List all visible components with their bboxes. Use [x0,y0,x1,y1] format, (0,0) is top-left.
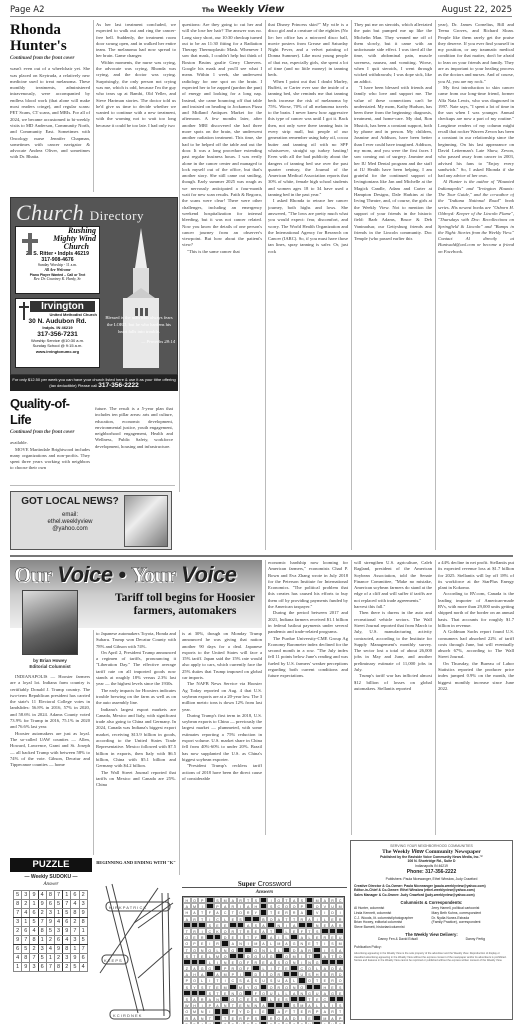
column-divider [93,630,94,855]
rhonda-column-5: They put me on steroids, which alleviate… [354,22,432,550]
sudoku-cell: 7 [79,945,87,954]
rhonda-column-6: year), Dr. James Cornelius, Bill and Tee… [438,22,514,550]
sudoku-cell: 8 [22,954,30,963]
sudoku-cell: 2 [38,909,46,918]
sudoku-cell: 7 [38,918,46,927]
sudoku-cell: 4 [54,918,62,927]
puzzle-answers-banner: PUZZLE ANSWERS [10,858,92,872]
column-divider [265,20,266,550]
sudoku-cell: 1 [22,918,30,927]
sudoku-cell: 4 [14,954,22,963]
sudoku-cell: 9 [38,900,46,909]
sudoku-cell: 4 [30,927,38,936]
sudoku-cell: 6 [22,927,30,936]
sudoku-cell: 2 [46,936,54,945]
sudoku-grid: 5394871628219657437462315893157946282648… [13,890,88,972]
sudoku-cell: 3 [46,909,54,918]
sudoku-cell: 1 [79,927,87,936]
sudoku-cell: 6 [30,909,38,918]
sudoku-cell: 1 [38,936,46,945]
sudoku-cell: 7 [30,954,38,963]
sudoku-cell: 1 [14,963,22,972]
rhonda-column-1: Rhonda Hunter's Continued from the front… [10,22,90,161]
church-listing-rushing-mighty-wind: Rushing Mighty Wind Church 23 S. Ritter … [15,226,100,294]
staff-masthead-box: SERVING YOUR NEIGHBORHOOD COMMUNITIES Th… [350,840,513,1020]
sudoku-cell: 1 [63,891,71,900]
sudoku-cell: 7 [22,936,30,945]
sudoku-cell: 9 [30,891,38,900]
church-directory-phone: 317-356-2222 [98,382,138,389]
masthead-title: The Weekly View [202,4,285,15]
sudoku-cell: 8 [38,927,46,936]
sudoku-cell: 5 [30,918,38,927]
sudoku-cell: 5 [71,963,79,972]
sudoku-cell: 2 [54,954,62,963]
sudoku-cell: 2 [14,927,22,936]
article-headline: Tariff toll begins for Hoosier farmers, … [110,592,260,618]
sudoku-subtitle: Answer [10,882,92,887]
crossword-title: Super Crossword [182,880,347,888]
column-divider [265,560,266,835]
sudoku-cell: 4 [71,900,79,909]
sudoku-cell: 6 [46,900,54,909]
sudoku-cell: 6 [38,963,46,972]
sudoku-cell: 6 [79,954,87,963]
sudoku-cell: 5 [79,936,87,945]
page-number: Page A2 [10,5,45,15]
issue-date: August 22, 2025 [442,5,512,15]
sudoku-cell: 2 [30,945,38,954]
column-divider [179,20,180,492]
sudoku-cell: 7 [14,909,22,918]
sudoku-cell: 8 [46,891,54,900]
sudoku-title: — Weekly SUDOKU — [10,874,92,880]
qol-column-2: future. The result is a 5-year plan that… [95,406,173,450]
sudoku-cell: 4 [79,963,87,972]
sudoku-cell: 4 [38,891,46,900]
church-directory-ad: Church Directory Rushing Mighty Wind Chu… [10,197,178,375]
sudoku-cell: 8 [14,900,22,909]
wordsearch-title: BEGINNING AND ENDING WITH "K" [96,860,176,866]
rhonda-column-2: As her last treatment concluded, we expe… [96,22,176,129]
article-title: Rhonda Hunter's [10,22,90,54]
news-email-link[interactable]: ethel.weeklyview [15,519,125,526]
tariff-column-5: will strengthen U.S. agriculture, Caleb … [354,560,432,834]
sudoku-cell: 3 [54,927,62,936]
sudoku-cell: 9 [63,927,71,936]
sudoku-cell: 8 [63,945,71,954]
church-directory-title: Church Directory [16,200,144,226]
sudoku-cell: 9 [79,909,87,918]
sudoku-cell: 6 [71,891,79,900]
sudoku-cell: 6 [14,945,22,954]
sudoku-cell: 1 [54,909,62,918]
qol-title: Quality-of-Life [10,396,90,428]
page-header: Page A2 The Weekly View August 22, 2025 [10,3,512,17]
section-divider [10,485,175,486]
sudoku-cell: 3 [22,891,30,900]
sudoku-cell: 7 [71,927,79,936]
sudoku-cell: 6 [54,936,62,945]
sudoku-cell: 1 [46,954,54,963]
article-kicker: Continued from the front cover [10,56,90,62]
column-divider [435,20,436,550]
sudoku-cell: 9 [46,918,54,927]
sudoku-cell: 8 [71,909,79,918]
byline: by Brian Howey Editorial Columnist [10,658,90,670]
sudoku-cell: 2 [63,963,71,972]
sudoku-cell: 4 [46,945,54,954]
sudoku-cell: 5 [63,909,71,918]
sudoku-cell: 3 [79,900,87,909]
sudoku-cell: 9 [71,954,79,963]
columnist-photo [22,590,78,655]
crossword-grid: HOPSMARTSIOTASMARCAMIPARIAHSCOOPOVUMHATF… [182,896,345,1024]
rhonda-column-4: that Disney Princess skin?" My wife is a… [268,22,348,550]
tariff-column-1: INDIANAPOLIS — Hoosier farmers are a loy… [10,674,90,854]
sudoku-cell: 4 [22,909,30,918]
sudoku-cell: 7 [54,891,62,900]
newspaper-phone: Phone: 317-356-2222 [354,869,509,875]
column-divider [179,630,180,875]
sudoku-cell: 1 [30,900,38,909]
sudoku-cell: 5 [46,927,54,936]
wordsearch-answer-grid: K I R K P A T R I C K K E E P S K C I R … [98,878,176,1023]
cross-flame-icon [18,302,30,320]
column-divider [435,560,436,835]
tariff-column-3: is at 30%, though on Monday Trump announ… [182,631,262,846]
svg-text:K C I R D N E K: K C I R D N E K [113,1013,142,1018]
cross-icon [19,231,41,257]
svg-text:K E E P S: K E E P S [104,958,122,963]
sudoku-cell: 3 [30,963,38,972]
sudoku-cell: 5 [54,900,62,909]
church-steeple-image [121,228,161,368]
column-divider [93,20,94,192]
sudoku-cell: 3 [38,945,46,954]
sudoku-cell: 3 [71,936,79,945]
sudoku-cell: 5 [14,891,22,900]
sudoku-cell: 8 [79,918,87,927]
sudoku-cell: 2 [71,918,79,927]
svg-text:K I R K P A T R I C K: K I R K P A T R I C K [109,905,146,910]
sudoku-cell: 9 [14,936,22,945]
sudoku-cell: 2 [22,900,30,909]
sudoku-cell: 9 [22,963,30,972]
sudoku-cell: 6 [63,918,71,927]
sudoku-cell: 7 [46,963,54,972]
got-local-news-ad: GOT LOCAL NEWS? email: ethel.weeklyview … [10,491,172,550]
qol-column-1: Quality-of-Life Continued from the front… [10,396,90,472]
sudoku-cell: 4 [63,936,71,945]
sudoku-cell: 8 [54,963,62,972]
sudoku-cell: 2 [79,891,87,900]
church-directory-footer: For only $12.50 per week you can have yo… [10,375,178,391]
sudoku-cell: 7 [63,900,71,909]
sudoku-cell: 1 [71,945,79,954]
our-voice-logo: Our Voice • Your Voice [14,562,237,588]
sudoku-cell: 9 [54,945,62,954]
rhonda-column-3: questions: Are they going to cut her and… [182,22,262,492]
children-photo [124,495,168,547]
sudoku-cell: 5 [22,945,30,954]
sudoku-cell: 3 [14,918,22,927]
tariff-column-6: a 44% decline in net profit. Stellantis … [438,560,514,834]
column-divider [351,560,352,835]
sudoku-cell: 8 [30,936,38,945]
column-divider [351,20,352,550]
section-divider [10,555,513,557]
church-listing-irvington-umc: Irvington United Methodist Church 30 N. … [15,298,100,368]
bible-verse: Blessed is the man who always fears the … [103,314,175,345]
tariff-column-4: economic hardship now looming for Americ… [268,560,348,834]
crossword-answers: Super Crossword Answers HOPSMARTSIOTASMA… [182,880,347,1024]
sudoku-cell: 5 [38,954,46,963]
tariff-column-2: to Japanese automakers Toyota, Honda and… [96,631,176,854]
sudoku-cell: 3 [63,954,71,963]
